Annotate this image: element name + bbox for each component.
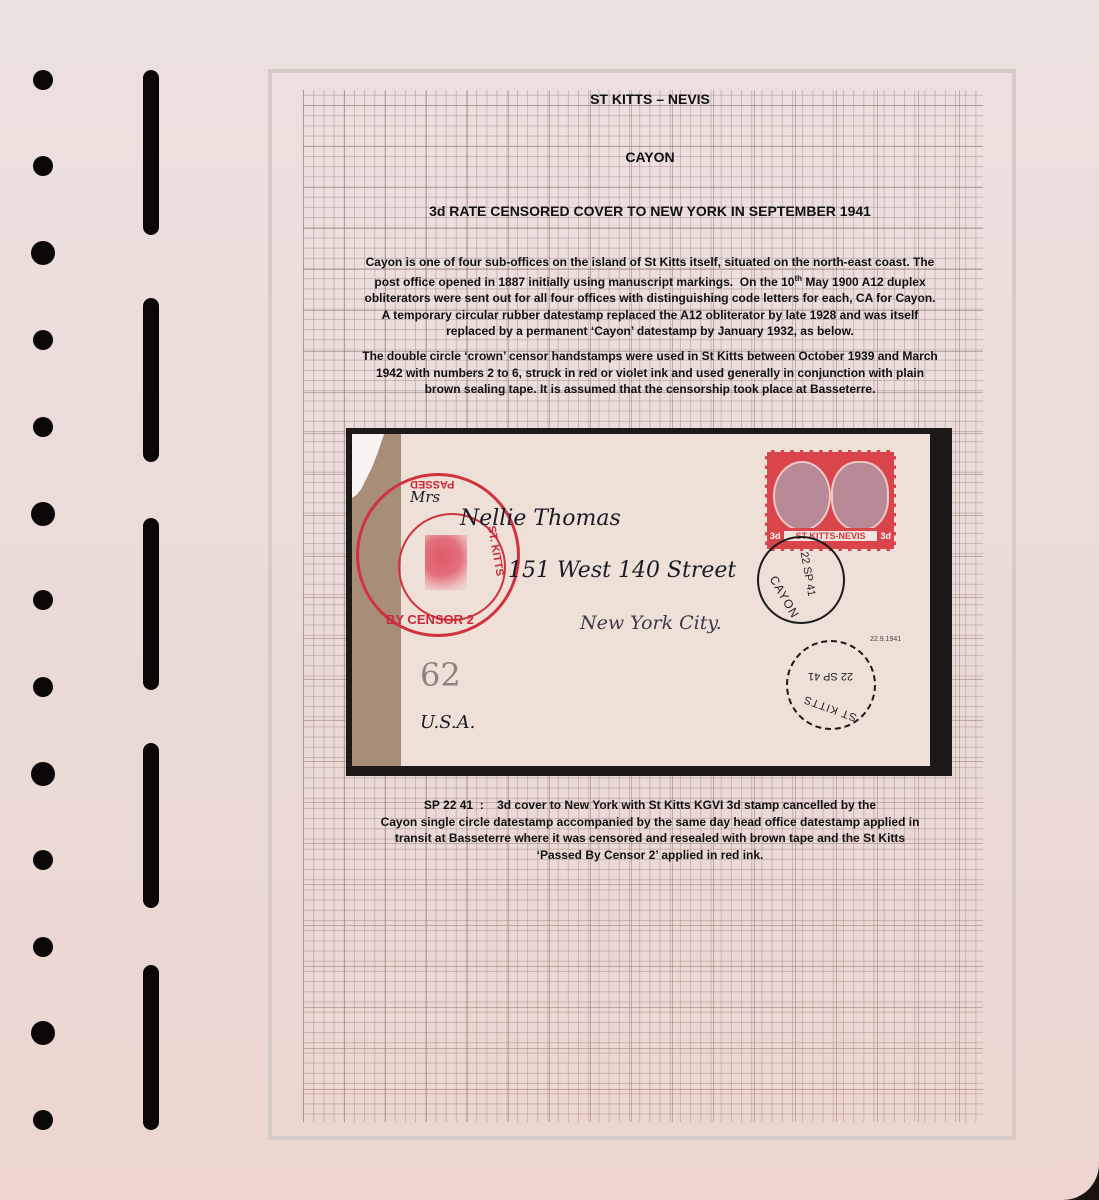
intro-line: obliterators were sent out for all four … [330,290,970,307]
page-subheading: CAYON [300,149,1000,165]
intro-line: Cayon is one of four sub-offices on the … [330,254,970,271]
binder-hole [33,590,53,610]
censor-paragraph: The double circle ‘crown’ censor handsta… [330,348,970,398]
censor-text-bottom: BY CENSOR 2 [386,612,474,627]
censor-line: brown sealing tape. It is assumed that t… [330,381,970,398]
binder-hole [33,1110,53,1130]
binder-hole [33,330,53,350]
censor-line: The double circle ‘crown’ censor handsta… [330,348,970,365]
cayon-postmark-name: CAYON [767,573,803,621]
address-street: 151 West 140 Street [508,558,736,583]
king-portrait-icon [773,461,831,531]
binder-hole [31,502,55,526]
address-city: New York City. [580,612,722,634]
binder-slot [143,743,159,908]
basseterre-postmark-date: 22 SP 41 [808,670,853,682]
binder-hole [33,156,53,176]
caption-line: Cayon single circle datestamp accompanie… [340,814,960,831]
binder-hole [33,70,53,90]
page-title: 3d RATE CENSORED COVER TO NEW YORK IN SE… [300,203,1000,219]
binder-slot [143,298,159,462]
binder-hole [31,241,55,265]
intro-line: replaced by a permanent ‘Cayon’ datestam… [330,323,970,340]
album-page: ST KITTS – NEVIS CAYON 3d RATE CENSORED … [0,0,1099,1200]
caption-line: SP 22 41 : 3d cover to New York with St … [340,797,960,814]
crown-icon [425,535,467,590]
binder-slot [143,70,159,235]
caption-line: ‘Passed By Censor 2’ applied in red ink. [340,847,960,864]
cayon-postmark-date: 22 SP 41 [798,551,818,597]
binder-hole [33,850,53,870]
binder-hole [31,1021,55,1045]
censor-line: 1942 with numbers 2 to 6, struck in red … [330,365,970,382]
binder-slot [143,965,159,1130]
basseterre-postmark-name: ST KITTS [802,693,859,723]
intro-line: post office opened in 1887 initially usi… [330,271,970,291]
backstamp-note: 22.9.1941 [870,636,901,643]
cover-caption: SP 22 41 : 3d cover to New York with St … [340,797,960,863]
page-heading: ST KITTS – NEVIS [300,91,1000,107]
stamp-value-left: 3d [770,531,781,541]
pencil-note: 62 [420,656,461,694]
postage-stamp: 3d ST KITTS-NEVIS 3d [765,450,896,551]
intro-line: A temporary circular rubber datestamp re… [330,307,970,324]
binder-slot [143,518,159,690]
binder-hole [33,677,53,697]
cayon-postmark: 22 SP 41 CAYON [757,536,845,624]
caption-line: transit at Basseterre where it was censo… [340,830,960,847]
address-country: U.S.A. [420,712,475,733]
address-salutation: Mrs [410,488,440,506]
intro-paragraph: Cayon is one of four sub-offices on the … [330,254,970,340]
binder-hole [33,417,53,437]
address-name: Nellie Thomas [460,506,621,531]
binder-hole [33,937,53,957]
binder-hole [31,762,55,786]
basseterre-postmark: 22 SP 41 ST KITTS [786,640,876,730]
badge-vignette-icon [831,461,889,531]
stamp-value-right: 3d [880,531,891,541]
